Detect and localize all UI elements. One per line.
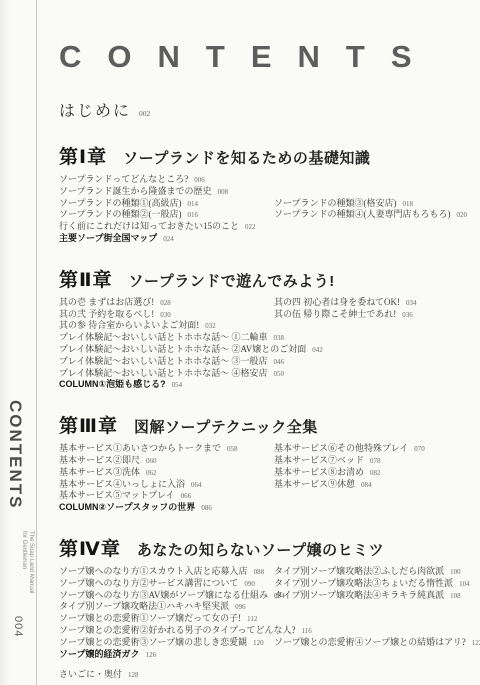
toc-entry: ソープ嬢へのなり方①スカウト入店と応募入店088 (59, 566, 274, 578)
toc-entry: 基本サービス⑤マットプレイ066 (59, 490, 274, 502)
toc-row: ソープ嬢的経済ガク126 (59, 649, 460, 661)
toc-entry: 其の参 待合室からいよいよご対面!032 (59, 320, 274, 332)
toc-row: 基本サービス④いっしょに入浴064 基本サービス⑨休憩084 (59, 479, 460, 491)
entry-page-number: 100 (450, 568, 461, 576)
toc-row: 基本サービス①あいさつからトークまで058 基本サービス⑥その他特殊プレイ070 (59, 443, 460, 455)
toc-row: COLUMN②ソープスタッフの世界086 (59, 502, 460, 514)
entry-page-number: 082 (370, 469, 381, 477)
toc-row: タイプ別ソープ嬢攻略法①ハキハキ堅実派096 (59, 601, 460, 613)
sidebar-subtitle-line2: for Gentleman (21, 531, 27, 569)
toc-row: 基本サービス②即尺060 基本サービス⑦ベッド078 (59, 455, 460, 467)
entry-page-number: 032 (205, 322, 216, 330)
toc-row: ソープ嬢との恋愛術②好かれる男子のタイプってどんな人?116 (59, 625, 460, 637)
entry-page-number: 034 (406, 299, 417, 307)
entry-page-number: 088 (254, 568, 265, 576)
toc-entry: ソープ嬢との恋愛術④ソープ嬢との結婚はアリ?122 (274, 637, 480, 649)
toc-row: 其の参 待合室からいよいよご対面!032 (59, 320, 460, 332)
entry-page-number: 042 (312, 346, 323, 354)
chapter-number: 第Ⅲ章 (59, 416, 118, 437)
toc-row: ソープランドの種類②(一般店)016 ソープランドの種類④(人妻専門店もろもろ)… (59, 209, 460, 221)
toc-row: ソープランドの種類①(高級店)014 ソープランドの種類③(格安店)018 (59, 198, 460, 210)
toc-entry: ソープ嬢との恋愛術①ソープ嬢だって女の子!112 (59, 613, 274, 625)
entry-page-number: 016 (188, 211, 199, 219)
toc-entry: 基本サービス⑨休憩084 (274, 479, 372, 491)
toc-entry: 其の四 初心者は身を委ねてOK!034 (274, 297, 417, 309)
entry-page-number: 020 (457, 211, 468, 219)
closing-entry: さいごに・奥付128 (59, 667, 460, 680)
entry-page-number: 096 (235, 603, 246, 611)
toc-entry: 其の伍 帰り際こそ紳士であれ!036 (274, 309, 413, 321)
entry-page-number: 030 (160, 311, 171, 319)
contents-heading: CONTENTS (59, 40, 460, 73)
entry-page-number: 066 (181, 492, 192, 500)
toc-entry: タイプ別ソープ嬢攻略法②ふしだら肉欲派100 (274, 566, 461, 578)
chapter-4-section: 第Ⅳ章あなたの知らないソープ嬢のヒミツ ソープ嬢へのなり方①スカウト入店と応募入… (59, 534, 460, 660)
toc-entry: タイプ別ソープ嬢攻略法③ちょいだる惰性派104 (274, 578, 470, 590)
toc-entry: 基本サービス⑧お清め082 (274, 467, 381, 479)
sidebar-page-number: 004 (12, 616, 24, 637)
chapter-heading: 第Ⅲ章図解ソープテクニック全集 (59, 411, 460, 438)
chapter-heading: 第Ⅱ章ソープランドで遊んでみよう! (59, 265, 460, 292)
chapter-number: 第Ⅱ章 (59, 270, 113, 291)
toc-entry: ソープ嬢との恋愛術③ソープ嬢の悲しき恋愛観120 (59, 637, 274, 649)
toc-row: ソープランド誕生から隆盛までの歴史008 (59, 186, 460, 198)
toc-entry: ソープランドの種類④(人妻専門店もろもろ)020 (274, 209, 467, 221)
entry-page-number: 108 (450, 592, 461, 600)
toc-entry: プレイ体験記〜おいしい話とトホホな話〜 ③一般店046 (59, 356, 274, 368)
toc-entry: ソープランドの種類①(高級店)014 (59, 198, 274, 210)
entry-page-number: 084 (361, 481, 372, 489)
toc-row: 其の壱 まずはお店選び!028 其の四 初心者は身を委ねてOK!034 (59, 297, 460, 309)
sidebar-subtitle-line1: The Soap Land Manual (28, 531, 34, 593)
toc-row: 基本サービス③洗体062 基本サービス⑧お清め082 (59, 467, 460, 479)
toc-entry: COLUMN①泡姫も感じる?054 (59, 379, 274, 391)
sidebar-subtitle: The Soap Land Manualfor Gentleman (20, 531, 34, 593)
contents-page: CONTENTS はじめに002 第Ⅰ章ソープランドを知るための基礎知識 ソープ… (37, 0, 480, 685)
toc-entry: 基本サービス④いっしょに入浴064 (59, 479, 274, 491)
entry-page-number: 104 (459, 580, 470, 588)
toc-row: ソープ嬢との恋愛術③ソープ嬢の悲しき恋愛観120 ソープ嬢との恋愛術④ソープ嬢と… (59, 637, 460, 649)
intro-entry: はじめに002 (59, 98, 460, 121)
closing-page-number: 128 (128, 671, 139, 679)
toc-entry: プレイ体験記〜おいしい話とトホホな話〜 ④格安店050 (59, 368, 274, 380)
toc-entry: 行く前にこれだけは知っておきたい15のこと022 (59, 221, 274, 233)
chapter-heading: 第Ⅳ章あなたの知らないソープ嬢のヒミツ (59, 534, 460, 561)
toc-row: 主要ソープ街全国マップ024 (59, 233, 460, 245)
entry-page-number: 054 (172, 381, 183, 389)
entry-page-number: 050 (273, 370, 284, 378)
toc-row: プレイ体験記〜おいしい話とトホホな話〜 ③一般店046 (59, 356, 460, 368)
toc-row: ソープ嬢へのなり方②サービス講習について090 タイプ別ソープ嬢攻略法③ちょいだ… (59, 578, 460, 590)
toc-entry: ソープランドの種類②(一般店)016 (59, 209, 274, 221)
chapter-heading: 第Ⅰ章ソープランドを知るための基礎知識 (59, 142, 460, 169)
entry-page-number: 058 (227, 445, 238, 453)
toc-row: 行く前にこれだけは知っておきたい15のこと022 (59, 221, 460, 233)
chapter-2-section: 第Ⅱ章ソープランドで遊んでみよう! 其の壱 まずはお店選び!028 其の四 初心… (59, 265, 460, 391)
entry-page-number: 060 (146, 457, 157, 465)
toc-row: ソープランドってどんなところ?006 (59, 174, 460, 186)
toc-entry: 其の弐 予約を取るべし!030 (59, 309, 274, 321)
intro-label: はじめに (59, 103, 131, 120)
toc-entry: ソープ嬢との恋愛術②好かれる男子のタイプってどんな人?116 (59, 625, 274, 637)
entry-page-number: 006 (194, 176, 205, 184)
sidebar-vertical-title: CONTENTS (5, 400, 25, 510)
toc-entry: プレイ体験記〜おいしい話とトホホな話〜 ②AV嬢とのご対面042 (59, 344, 274, 356)
entry-page-number: 064 (191, 481, 202, 489)
entry-page-number: 112 (247, 615, 257, 623)
entry-page-number: 038 (273, 334, 284, 342)
toc-entry: 基本サービス①あいさつからトークまで058 (59, 443, 274, 455)
entry-page-number: 090 (244, 580, 255, 588)
toc-entry: ソープランドの種類③(格安店)018 (274, 198, 413, 210)
toc-entry: COLUMN②ソープスタッフの世界086 (59, 502, 274, 514)
entry-page-number: 122 (472, 639, 480, 647)
entry-page-number: 036 (402, 311, 413, 319)
entry-page-number: 126 (146, 651, 157, 659)
entry-page-number: 046 (273, 358, 284, 366)
entry-page-number: 062 (146, 469, 157, 477)
toc-entry: 基本サービス②即尺060 (59, 455, 274, 467)
chapter-title: ソープランドで遊んでみよう! (129, 273, 335, 290)
toc-row: 其の弐 予約を取るべし!030 其の伍 帰り際こそ紳士であれ!036 (59, 309, 460, 321)
toc-entry: ソープ嬢へのなり方③AV嬢がソープ嬢になる仕組み094 (59, 590, 274, 602)
toc-row: プレイ体験記〜おいしい話とトホホな話〜 ①二輪車038 (59, 332, 460, 344)
toc-entry: タイプ別ソープ嬢攻略法④キラキラ純真派108 (274, 590, 461, 602)
toc-entry: 基本サービス⑦ベッド078 (274, 455, 381, 467)
toc-row: ソープ嬢へのなり方③AV嬢がソープ嬢になる仕組み094 タイプ別ソープ嬢攻略法④… (59, 590, 460, 602)
chapter-number: 第Ⅳ章 (59, 539, 121, 560)
toc-row: ソープ嬢へのなり方①スカウト入店と応募入店088 タイプ別ソープ嬢攻略法②ふしだ… (59, 566, 460, 578)
toc-row: プレイ体験記〜おいしい話とトホホな話〜 ②AV嬢とのご対面042 (59, 344, 460, 356)
toc-entry: 主要ソープ街全国マップ024 (59, 233, 274, 245)
entry-page-number: 028 (160, 299, 171, 307)
toc-row: COLUMN①泡姫も感じる?054 (59, 379, 460, 391)
toc-row: ソープ嬢との恋愛術①ソープ嬢だって女の子!112 (59, 613, 460, 625)
entry-page-number: 070 (414, 445, 425, 453)
entry-page-number: 086 (201, 504, 212, 512)
entry-page-number: 008 (218, 188, 229, 196)
chapter-3-section: 第Ⅲ章図解ソープテクニック全集 基本サービス①あいさつからトークまで058 基本… (59, 411, 460, 514)
chapter-number: 第Ⅰ章 (59, 147, 107, 168)
entry-page-number: 116 (302, 627, 312, 635)
toc-entry: ソープランドってどんなところ?006 (59, 174, 274, 186)
intro-page-number: 002 (139, 109, 150, 118)
chapter-title: ソープランドを知るための基礎知識 (123, 150, 370, 167)
toc-entry: タイプ別ソープ嬢攻略法①ハキハキ堅実派096 (59, 601, 274, 613)
toc-entry: 基本サービス⑥その他特殊プレイ070 (274, 443, 425, 455)
toc-entry: ソープランド誕生から隆盛までの歴史008 (59, 186, 274, 198)
entry-page-number: 018 (403, 200, 414, 208)
sidebar: CONTENTS The Soap Land Manualfor Gentlem… (0, 0, 37, 685)
toc-row: 基本サービス⑤マットプレイ066 (59, 490, 460, 502)
chapter-1-section: 第Ⅰ章ソープランドを知るための基礎知識 ソープランドってどんなところ?006 ソ… (59, 142, 460, 245)
entry-page-number: 022 (245, 223, 256, 231)
chapter-title: あなたの知らないソープ嬢のヒミツ (137, 542, 384, 559)
toc-row: プレイ体験記〜おいしい話とトホホな話〜 ④格安店050 (59, 368, 460, 380)
closing-label: さいごに・奥付 (59, 669, 122, 679)
entry-page-number: 024 (163, 235, 174, 243)
toc-entry: 其の壱 まずはお店選び!028 (59, 297, 274, 309)
toc-entry: プレイ体験記〜おいしい話とトホホな話〜 ①二輪車038 (59, 332, 274, 344)
entry-page-number: 120 (253, 639, 264, 647)
entry-page-number: 078 (370, 457, 381, 465)
entry-page-number: 014 (188, 200, 199, 208)
toc-entry: ソープ嬢的経済ガク126 (59, 649, 274, 661)
toc-entry: ソープ嬢へのなり方②サービス講習について090 (59, 578, 274, 590)
toc-entry: 基本サービス③洗体062 (59, 467, 274, 479)
chapter-title: 図解ソープテクニック全集 (134, 419, 318, 436)
